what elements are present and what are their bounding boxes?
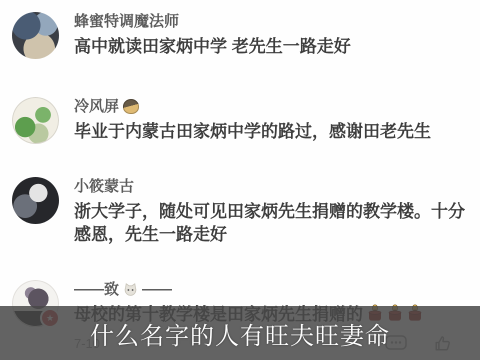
username[interactable]: 小筱蒙古 bbox=[74, 177, 134, 196]
username[interactable]: 蜂蜜特调魔法师 bbox=[74, 12, 179, 31]
user-avatar[interactable] bbox=[12, 97, 59, 144]
caption-overlay: 什么名字的人有旺夫旺妻命 bbox=[0, 306, 480, 360]
username[interactable]: 冷风屏 bbox=[74, 97, 119, 116]
cat-face-emote-icon bbox=[123, 283, 138, 296]
username-suffix: —— bbox=[142, 280, 172, 299]
comment-item-1: 蜂蜜特调魔法师 高中就读田家炳中学 老先生一路走好 bbox=[12, 12, 470, 59]
comment-item-3: 小筱蒙古 浙大学子，随处可见田家炳先生捐赠的教学楼。十分感恩，先生一路走好 bbox=[12, 177, 470, 246]
caption-text: 什么名字的人有旺夫旺妻命 bbox=[90, 316, 390, 351]
onigiri-face-emote bbox=[123, 99, 139, 114]
comment-text: 浙大学子，随处可见田家炳先生捐赠的教学楼。十分感恩，先生一路走好 bbox=[74, 200, 466, 246]
username-prefix: ——致 bbox=[74, 280, 119, 299]
user-avatar[interactable] bbox=[12, 177, 59, 224]
comment-text: 毕业于内蒙古田家炳中学的路过，感谢田老先生 bbox=[74, 120, 466, 143]
comment-list-screen: 蜂蜜特调魔法师 高中就读田家炳中学 老先生一路走好 冷风屏 毕业于内蒙古田家炳中… bbox=[0, 0, 480, 360]
comment-item-2: 冷风屏 毕业于内蒙古田家炳中学的路过，感谢田老先生 bbox=[12, 97, 470, 144]
comment-text: 高中就读田家炳中学 老先生一路走好 bbox=[74, 35, 466, 58]
username[interactable]: ——致 —— bbox=[74, 280, 466, 299]
user-avatar[interactable] bbox=[12, 12, 59, 59]
